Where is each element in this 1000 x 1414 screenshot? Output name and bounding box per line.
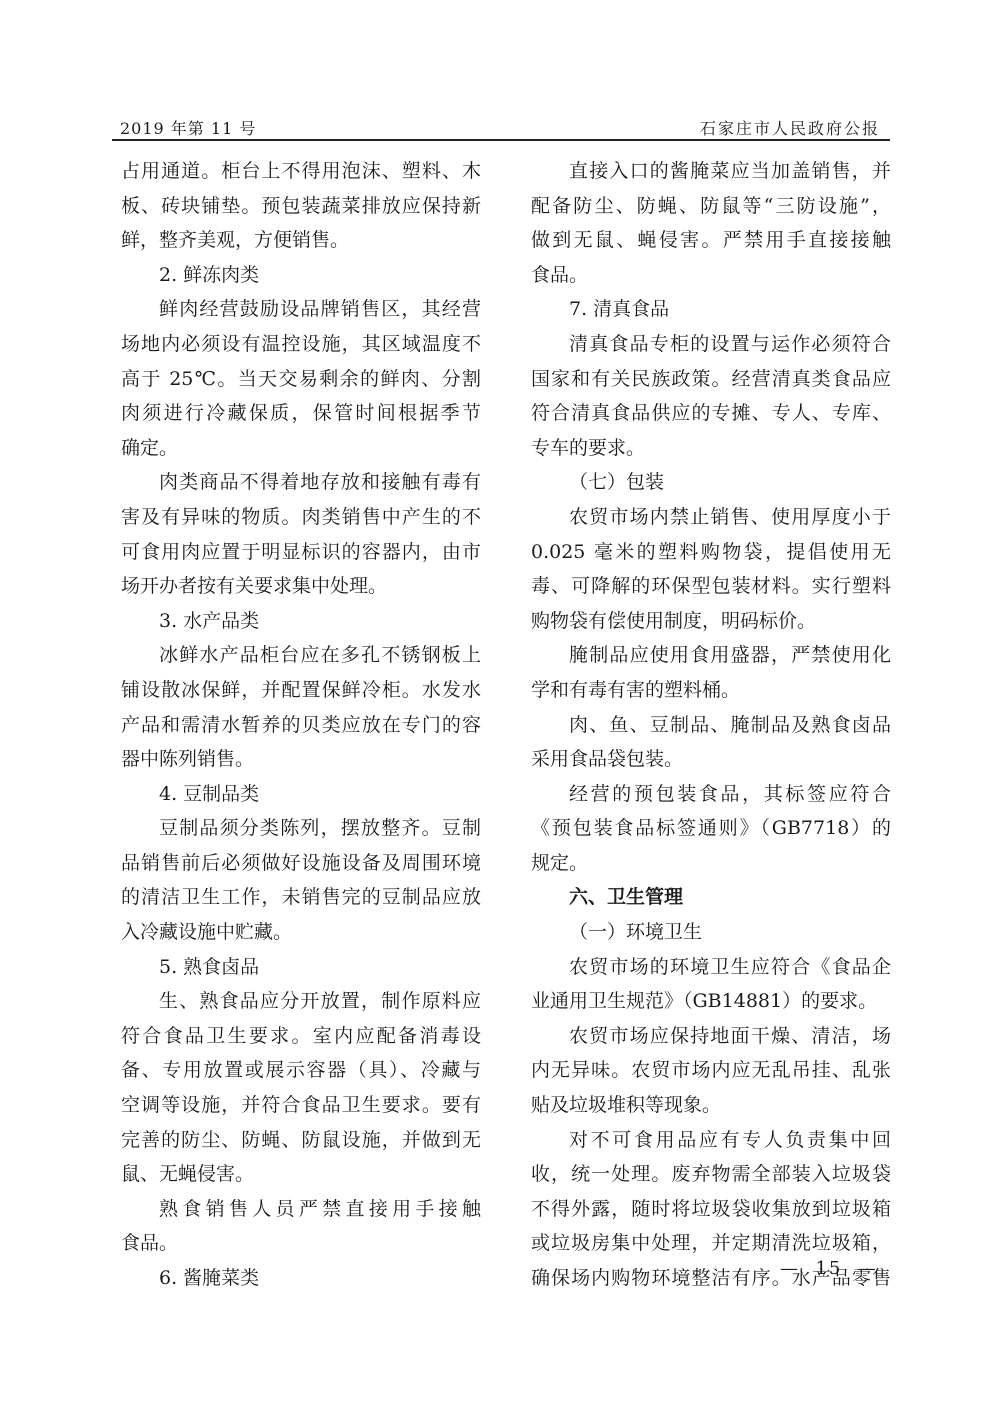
text-line: 农贸市场应保持地面干燥、清洁，场: [531, 1019, 891, 1054]
text-line: 鼠、无蝇侵害。: [121, 1157, 481, 1192]
text-line: 0.025 毫米的塑料购物袋，提倡使用无: [531, 535, 891, 570]
text-line: 肉类商品不得着地存放和接触有毒有: [121, 465, 481, 500]
text-line: 备、专用放置或展示容器（具）、冷藏与: [121, 1053, 481, 1088]
page-header: 2019 年第 11 号 石家庄市人民政府公报: [114, 112, 890, 140]
text-line: 直接入口的酱腌菜应当加盖销售，并: [531, 154, 891, 189]
issue-number: 2019 年第 11 号: [120, 116, 256, 139]
text-line: 采用食品袋包装。: [531, 742, 891, 777]
section-heading: 六、卫生管理: [531, 880, 891, 915]
text-line: 高于 25℃。当天交易剩余的鲜肉、分割: [121, 362, 481, 397]
text-line: 专车的要求。: [531, 431, 891, 466]
text-line: 2. 鲜冻肉类: [121, 258, 481, 293]
text-line: 场开办者按有关要求集中处理。: [121, 569, 481, 604]
text-line: 做到无鼠、蝇侵害。严禁用手直接接触: [531, 223, 891, 258]
text-line: 器中陈列销售。: [121, 742, 481, 777]
text-line: 4. 豆制品类: [121, 777, 481, 812]
text-line: 贴及垃圾堆积等现象。: [531, 1088, 891, 1123]
text-line: 配备防尘、防蝇、防鼠等“三防设施”，: [531, 189, 891, 224]
text-line: 或垃圾房集中处理，并定期清洗垃圾箱，: [531, 1226, 891, 1261]
text-line: 食品。: [121, 1226, 481, 1261]
text-line: 《预包装食品标签通则》（GB7718）的: [531, 811, 891, 846]
text-line: 符合清真食品供应的专摊、专人、专库、: [531, 396, 891, 431]
text-line: 铺设散冰保鲜，并配置保鲜冷柜。水发水: [121, 673, 481, 708]
text-line: 品销售前后必须做好设施设备及周围环境: [121, 846, 481, 881]
text-line: 占用通道。柜台上不得用泡沫、塑料、木: [121, 154, 481, 189]
text-line: 7. 清真食品: [531, 292, 891, 327]
text-line: 3. 水产品类: [121, 604, 481, 639]
text-line: （一）环境卫生: [531, 915, 891, 950]
text-line: （七）包装: [531, 465, 891, 500]
text-line: 害及有异味的物质。肉类销售中产生的不: [121, 500, 481, 535]
header-rule: [112, 139, 890, 141]
text-line: 内无异味。农贸市场内应无乱吊挂、乱张: [531, 1053, 891, 1088]
text-line: 经营的预包装食品，其标签应符合: [531, 777, 891, 812]
publication-title: 石家庄市人民政府公报: [700, 116, 880, 139]
text-line: 确定。: [121, 431, 481, 466]
text-line: 空调等设施，并符合食品卫生要求。要有: [121, 1088, 481, 1123]
text-line: 购物袋有偿使用制度，明码标价。: [531, 604, 891, 639]
text-line: 毒、可降解的环保型包装材料。实行塑料: [531, 569, 891, 604]
text-line: 农贸市场的环境卫生应符合《食品企: [531, 950, 891, 985]
text-line: 符合食品卫生要求。室内应配备消毒设: [121, 1019, 481, 1054]
text-line: 腌制品应使用食用盛器，严禁使用化: [531, 638, 891, 673]
text-line: 板、砖块铺垫。预包装蔬菜排放应保持新: [121, 189, 481, 224]
text-line: 不得外露，随时将垃圾袋收集放到垃圾箱: [531, 1192, 891, 1227]
text-line: 6. 酱腌菜类: [121, 1261, 481, 1296]
text-line: 鲜，整齐美观，方便销售。: [121, 223, 481, 258]
text-line: 场地内必须设有温控设施，其区域温度不: [121, 327, 481, 362]
text-line: 生、熟食品应分开放置，制作原料应: [121, 984, 481, 1019]
text-line: 入冷藏设施中贮藏。: [121, 915, 481, 950]
text-line: 完善的防尘、防蝇、防鼠设施，并做到无: [121, 1123, 481, 1158]
page-number: — 15 —: [780, 1258, 878, 1279]
text-line: 可食用肉应置于明显标识的容器内，由市: [121, 535, 481, 570]
text-line: 收，统一处理。废弃物需全部装入垃圾袋: [531, 1157, 891, 1192]
text-line: 国家和有关民族政策。经营清真类食品应: [531, 362, 891, 397]
text-line: 肉须进行冷藏保质，保管时间根据季节: [121, 396, 481, 431]
text-line: 规定。: [531, 846, 891, 881]
text-line: 学和有毒有害的塑料桶。: [531, 673, 891, 708]
text-line: 对不可食用品应有专人负责集中回: [531, 1123, 891, 1158]
text-line: 鲜肉经营鼓励设品牌销售区，其经营: [121, 292, 481, 327]
text-line: 食品。: [531, 258, 891, 293]
text-line: 豆制品须分类陈列，摆放整齐。豆制: [121, 811, 481, 846]
text-line: 农贸市场内禁止销售、使用厚度小于: [531, 500, 891, 535]
text-line: 肉、鱼、豆制品、腌制品及熟食卤品: [531, 708, 891, 743]
text-line: 的清洁卫生工作，未销售完的豆制品应放: [121, 880, 481, 915]
text-line: 冰鲜水产品柜台应在多孔不锈钢板上: [121, 638, 481, 673]
text-line: 业通用卫生规范》（GB14881）的要求。: [531, 984, 891, 1019]
text-line: 清真食品专柜的设置与运作必须符合: [531, 327, 891, 362]
text-line: 熟食销售人员严禁直接用手接触: [121, 1192, 481, 1227]
text-line: 5. 熟食卤品: [121, 950, 481, 985]
left-column: 占用通道。柜台上不得用泡沫、塑料、木板、砖块铺垫。预包装蔬菜排放应保持新鲜，整齐…: [121, 154, 481, 1296]
text-line: 产品和需清水暂养的贝类应放在专门的容: [121, 708, 481, 743]
right-column: 直接入口的酱腌菜应当加盖销售，并配备防尘、防蝇、防鼠等“三防设施”，做到无鼠、蝇…: [531, 154, 891, 1296]
